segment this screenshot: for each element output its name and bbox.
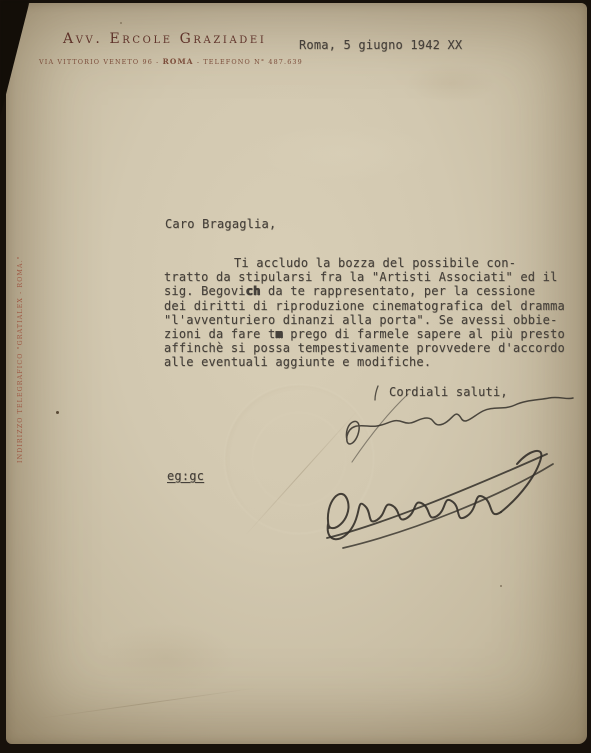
paper-crease (37, 688, 255, 720)
letter-body-line: tratto da stipularsi fra la "Artisti Ass… (164, 270, 574, 284)
letter-body-line: sig. Begovich da te rappresentato, per l… (164, 284, 574, 298)
letter-body-line: dei diritti di riproduzione cinematograf… (164, 299, 574, 313)
letterhead-name: Avv. Ercole Graziadei (63, 31, 266, 47)
salutation: Caro Bragaglia, (165, 217, 276, 231)
paper-speck (500, 585, 502, 587)
paper-crease (244, 410, 358, 537)
dateline: Roma, 5 giugno 1942 XX (299, 38, 462, 52)
paper-speck (120, 22, 122, 24)
paper-speck (56, 411, 59, 414)
typist-reference: eg:gc (167, 469, 204, 483)
letterhead-address: Via Vittorio Veneto 96 - ROMA - Telefono… (39, 57, 303, 66)
letter-body-line: zioni da fare tm prego di farmele sapere… (164, 327, 574, 341)
letter-body-line: alle eventuali aggiunte e modifiche. (164, 355, 574, 369)
paper-stain (406, 63, 496, 103)
closing: Cordiali saluti, (389, 385, 508, 399)
letter-body-line: affinchè si possa tempestivamente provve… (164, 341, 574, 355)
letterhead-telegraph-address: Indirizzo Telegrafico "Gratialex - Roma.… (17, 281, 24, 463)
letter-body-line: Ti accludo la bozza del possibile con- (164, 256, 574, 270)
paper-stain (96, 623, 236, 693)
scanned-letter-photo: Avv. Ercole Graziadei Via Vittorio Venet… (0, 0, 591, 753)
paper-highlight (256, 123, 436, 183)
letter-body: Ti accludo la bozza del possibile con-tr… (164, 256, 574, 370)
letter-paper (6, 3, 587, 744)
letter-body-line: "l'avventuriero dinanzi alla porta". Se … (164, 313, 574, 327)
